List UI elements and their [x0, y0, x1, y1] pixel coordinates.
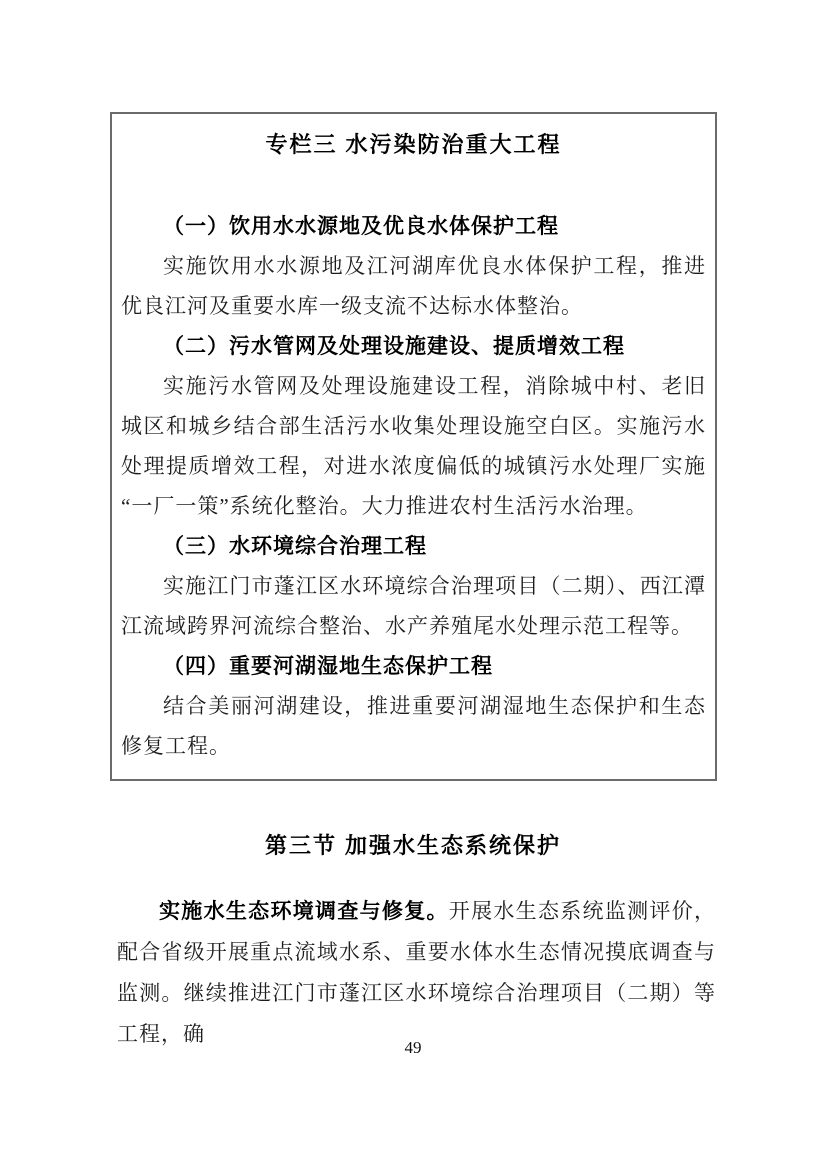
box-content: （一）饮用水水源地及优良水体保护工程 实施饮用水水源地及江河湖库优良水体保护工程… — [121, 206, 706, 766]
highlight-box: 专栏三 水污染防治重大工程 （一）饮用水水源地及优良水体保护工程 实施饮用水水源… — [110, 112, 717, 781]
section-heading: 第三节 加强水生态系统保护 — [0, 829, 826, 860]
box-section-2-body: 实施污水管网及处理设施建设工程，消除城中村、老旧城区和城乡结合部生活污水收集处理… — [121, 366, 706, 526]
box-section-4-heading: （四）重要河湖湿地生态保护工程 — [121, 646, 706, 686]
box-section-3-body: 实施江门市蓬江区水环境综合治理项目（二期）、西江潭江流域跨界河流综合整治、水产养… — [121, 566, 706, 646]
paragraph-lead: 实施水生态环境调查与修复。 — [159, 899, 449, 923]
box-section-1-body: 实施饮用水水源地及江河湖库优良水体保护工程，推进优良江河及重要水库一级支流不达标… — [121, 246, 706, 326]
box-section-2-heading: （二）污水管网及处理设施建设、提质增效工程 — [121, 326, 706, 366]
box-title: 专栏三 水污染防治重大工程 — [121, 128, 706, 159]
document-page: 专栏三 水污染防治重大工程 （一）饮用水水源地及优良水体保护工程 实施饮用水水源… — [0, 0, 826, 1169]
main-paragraph: 实施水生态环境调查与修复。开展水生态系统监测评价，配合省级开展重点流域水系、重要… — [117, 891, 716, 1055]
page-number: 49 — [0, 1038, 826, 1058]
box-section-4-body: 结合美丽河湖建设，推进重要河湖湿地生态保护和生态修复工程。 — [121, 686, 706, 766]
box-section-3-heading: （三）水环境综合治理工程 — [121, 526, 706, 566]
box-section-1-heading: （一）饮用水水源地及优良水体保护工程 — [121, 206, 706, 246]
